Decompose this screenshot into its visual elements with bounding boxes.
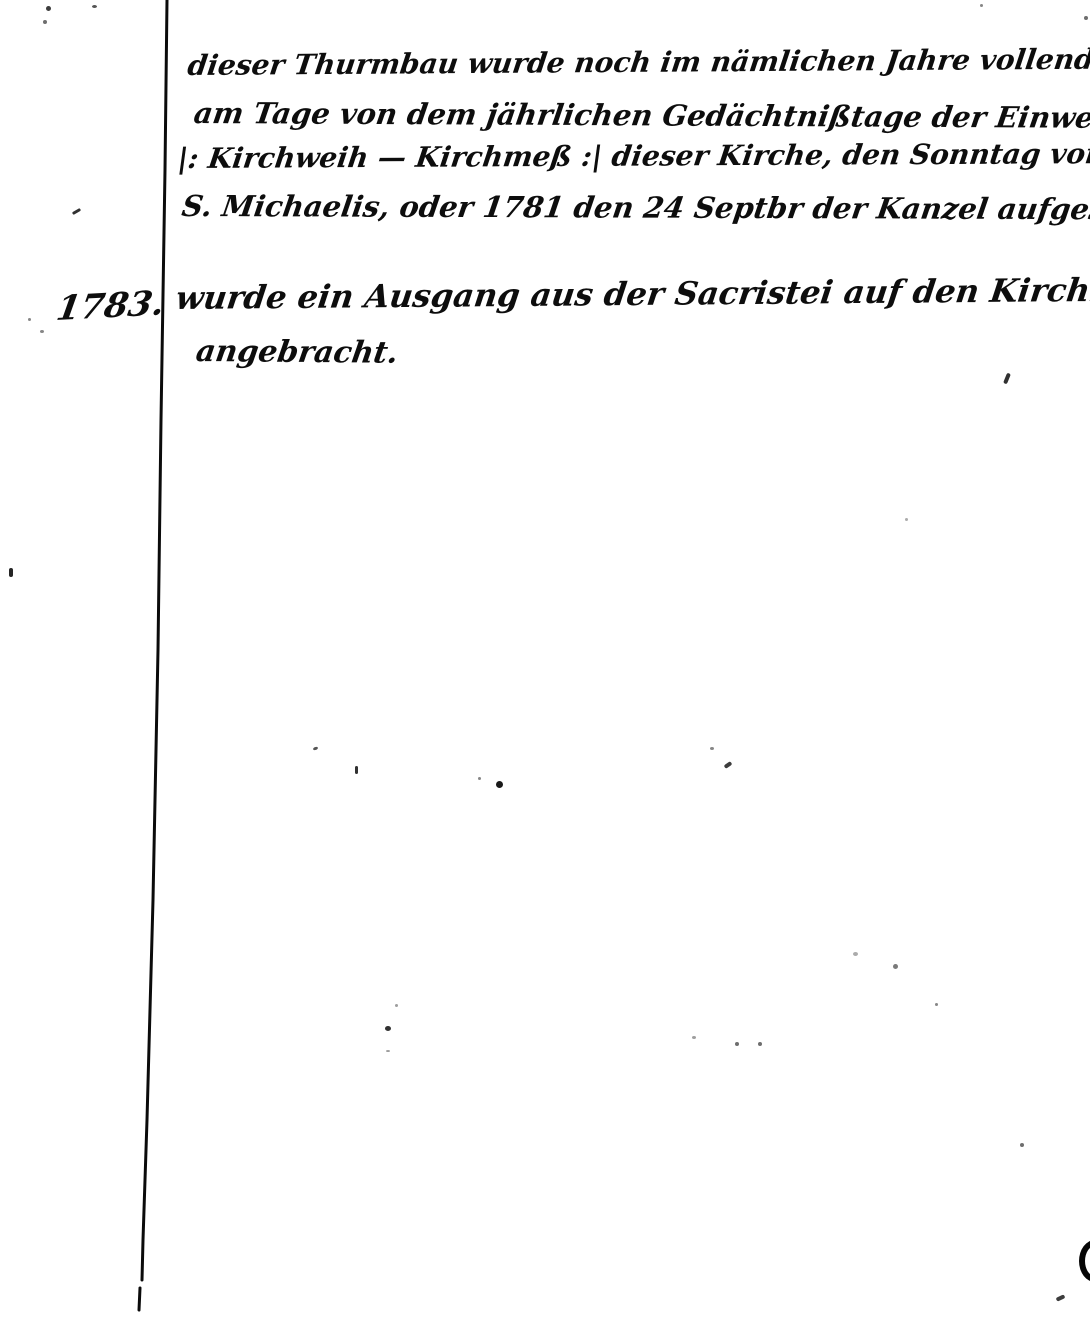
ink-speck (893, 964, 898, 969)
manuscript-page: dieser Thurmbau wurde noch im nämlichen … (0, 0, 1090, 1325)
manuscript-line: |: Kirchweih — Kirchmeß :| dieser Kirche… (176, 140, 1090, 173)
ink-speck (1020, 1143, 1024, 1147)
ink-speck (385, 1026, 391, 1031)
ink-speck (40, 330, 44, 333)
manuscript-line: am Tage von dem jährlichen Gedächtnißtag… (192, 99, 1090, 133)
manuscript-line: wurde ein Ausgang aus der Sacristei auf … (174, 274, 1090, 314)
ink-speck (980, 4, 983, 7)
manuscript-line: S. Michaelis, oder 1781 den 24 Septbr de… (180, 192, 1090, 224)
ink-speck (853, 952, 858, 956)
ink-speck (496, 781, 503, 788)
ink-speck (9, 568, 13, 577)
ink-speck (43, 20, 47, 24)
ink-speck (935, 1003, 938, 1006)
margin-year: 1783. (54, 286, 167, 326)
ink-speck (1084, 16, 1088, 20)
manuscript-line: angebracht. (194, 337, 400, 369)
ink-speck (735, 1042, 739, 1046)
ink-speck (395, 1004, 398, 1007)
ink-speck (92, 5, 97, 8)
margin-rule-path (142, 0, 167, 1280)
ink-speck (758, 1042, 762, 1046)
ink-speck (692, 1036, 696, 1039)
margin-rule-path-tail (139, 1288, 140, 1310)
ink-speck (710, 747, 714, 750)
ink-speck (905, 518, 908, 521)
ink-speck (28, 318, 31, 321)
ink-speck (386, 1050, 390, 1052)
manuscript-line: dieser Thurmbau wurde noch im nämlichen … (186, 45, 1090, 80)
ink-speck (478, 777, 481, 780)
ink-speck (46, 6, 51, 11)
ink-speck (355, 766, 358, 774)
